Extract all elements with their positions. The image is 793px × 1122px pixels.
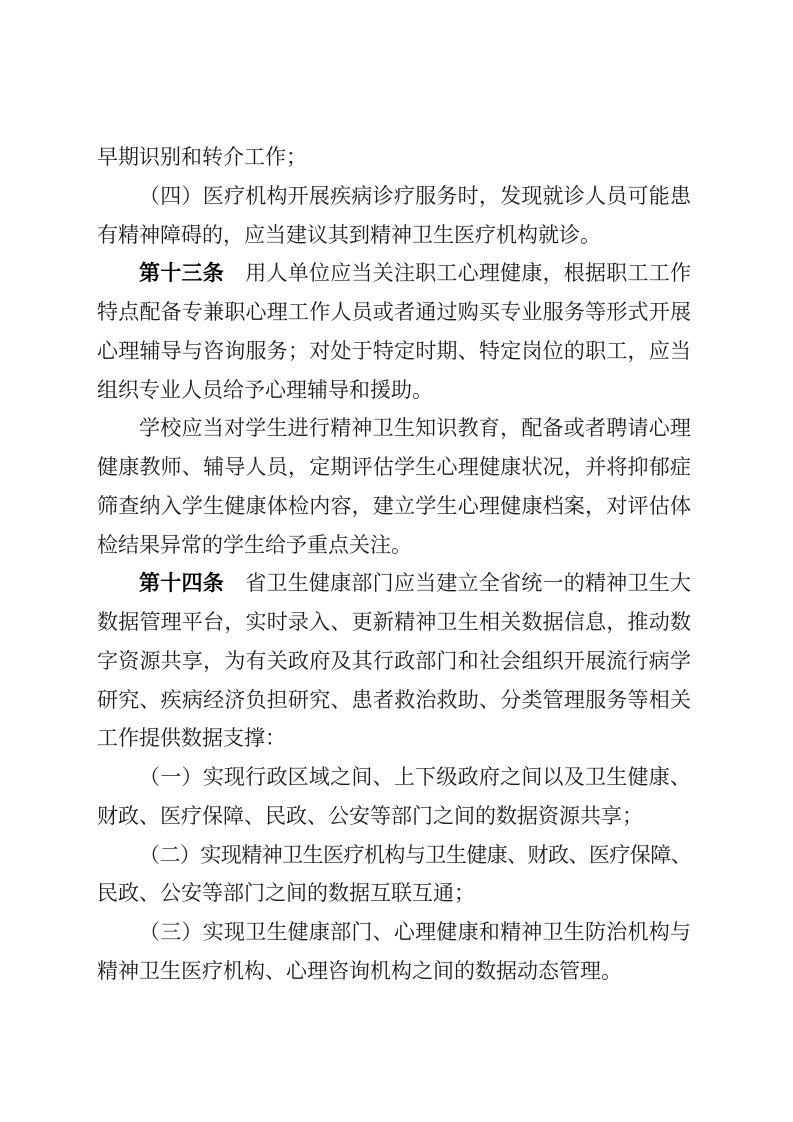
text-segment: 研究、疾病经济负担研究、患者救治救助、分类管理服务等相关 xyxy=(97,688,691,712)
text-segment: 筛查纳入学生健康体检内容，建立学生心理健康档案，对评估体 xyxy=(97,494,691,518)
text-segment: 特点配备专兼职心理工作人员或者通过购买专业服务等形式开展 xyxy=(97,300,691,324)
text-line: 民政、公安等部门之间的数据互联互通； xyxy=(97,874,691,913)
text-segment: 精神卫生医疗机构、心理咨询机构之间的数据动态管理。 xyxy=(97,959,622,983)
text-line: 特点配备专兼职心理工作人员或者通过购买专业服务等形式开展 xyxy=(97,293,691,332)
text-line: 有精神障碍的，应当建议其到精神卫生医疗机构就诊。 xyxy=(97,216,691,255)
text-line: 早期识别和转介工作； xyxy=(97,138,691,177)
text-line: 组织专业人员给予心理辅导和援助。 xyxy=(97,371,691,410)
article-number: 第十三条 xyxy=(139,261,224,285)
text-segment: 心理辅导与咨询服务；对处于特定时期、特定岗位的职工，应当 xyxy=(97,339,691,363)
text-segment: 民政、公安等部门之间的数据互联互通； xyxy=(97,881,475,905)
text-segment: 字资源共享，为有关政府及其行政部门和社会组织开展流行病学 xyxy=(97,649,691,673)
text-segment: 早期识别和转介工作； xyxy=(97,145,307,169)
text-line: 工作提供数据支撑： xyxy=(97,719,691,758)
text-segment: 省卫生健康部门应当建立全省统一的精神卫生大 xyxy=(224,571,691,595)
text-segment: 工作提供数据支撑： xyxy=(97,726,286,750)
text-line: 检结果异常的学生给予重点关注。 xyxy=(97,526,691,565)
text-segment: 组织专业人员给予心理辅导和援助。 xyxy=(97,378,433,402)
text-line: 字资源共享，为有关政府及其行政部门和社会组织开展流行病学 xyxy=(97,642,691,681)
text-line: 研究、疾病经济负担研究、患者救治救助、分类管理服务等相关 xyxy=(97,681,691,720)
text-segment: 有精神障碍的，应当建议其到精神卫生医疗机构就诊。 xyxy=(97,223,601,247)
document-page: 早期识别和转介工作；（四）医疗机构开展疾病诊疗服务时，发现就诊人员可能患有精神障… xyxy=(0,0,793,1122)
text-segment: （四）医疗机构开展疾病诊疗服务时，发现就诊人员可能患 xyxy=(139,184,691,208)
text-segment: （三）实现卫生健康部门、心理健康和精神卫生防治机构与 xyxy=(139,920,691,944)
text-line: 学校应当对学生进行精神卫生知识教育，配备或者聘请心理 xyxy=(97,409,691,448)
text-segment: 数据管理平台，实时录入、更新精神卫生相关数据信息，推动数 xyxy=(97,610,691,634)
text-line: （二）实现精神卫生医疗机构与卫生健康、财政、医疗保障、 xyxy=(97,836,691,875)
text-line: 财政、医疗保障、民政、公安等部门之间的数据资源共享； xyxy=(97,797,691,836)
text-segment: （一）实现行政区域之间、上下级政府之间以及卫生健康、 xyxy=(139,765,691,789)
text-line: 第十三条 用人单位应当关注职工心理健康，根据职工工作 xyxy=(97,254,691,293)
text-line: 筛查纳入学生健康体检内容，建立学生心理健康档案，对评估体 xyxy=(97,487,691,526)
text-line: 心理辅导与咨询服务；对处于特定时期、特定岗位的职工，应当 xyxy=(97,332,691,371)
text-segment: 用人单位应当关注职工心理健康，根据职工工作 xyxy=(224,261,691,285)
text-line: （四）医疗机构开展疾病诊疗服务时，发现就诊人员可能患 xyxy=(97,177,691,216)
document-text: 早期识别和转介工作；（四）医疗机构开展疾病诊疗服务时，发现就诊人员可能患有精神障… xyxy=(97,138,691,991)
text-line: （三）实现卫生健康部门、心理健康和精神卫生防治机构与 xyxy=(97,913,691,952)
text-line: 数据管理平台，实时录入、更新精神卫生相关数据信息，推动数 xyxy=(97,603,691,642)
text-segment: 检结果异常的学生给予重点关注。 xyxy=(97,533,412,557)
text-line: 第十四条 省卫生健康部门应当建立全省统一的精神卫生大 xyxy=(97,564,691,603)
text-segment: （二）实现精神卫生医疗机构与卫生健康、财政、医疗保障、 xyxy=(139,843,691,867)
text-line: （一）实现行政区域之间、上下级政府之间以及卫生健康、 xyxy=(97,758,691,797)
text-segment: 学校应当对学生进行精神卫生知识教育，配备或者聘请心理 xyxy=(139,416,691,440)
text-segment: 健康教师、辅导人员，定期评估学生心理健康状况，并将抑郁症 xyxy=(97,455,691,479)
text-line: 健康教师、辅导人员，定期评估学生心理健康状况，并将抑郁症 xyxy=(97,448,691,487)
text-line: 精神卫生医疗机构、心理咨询机构之间的数据动态管理。 xyxy=(97,952,691,991)
text-segment: 财政、医疗保障、民政、公安等部门之间的数据资源共享； xyxy=(97,804,643,828)
article-number: 第十四条 xyxy=(139,571,224,595)
